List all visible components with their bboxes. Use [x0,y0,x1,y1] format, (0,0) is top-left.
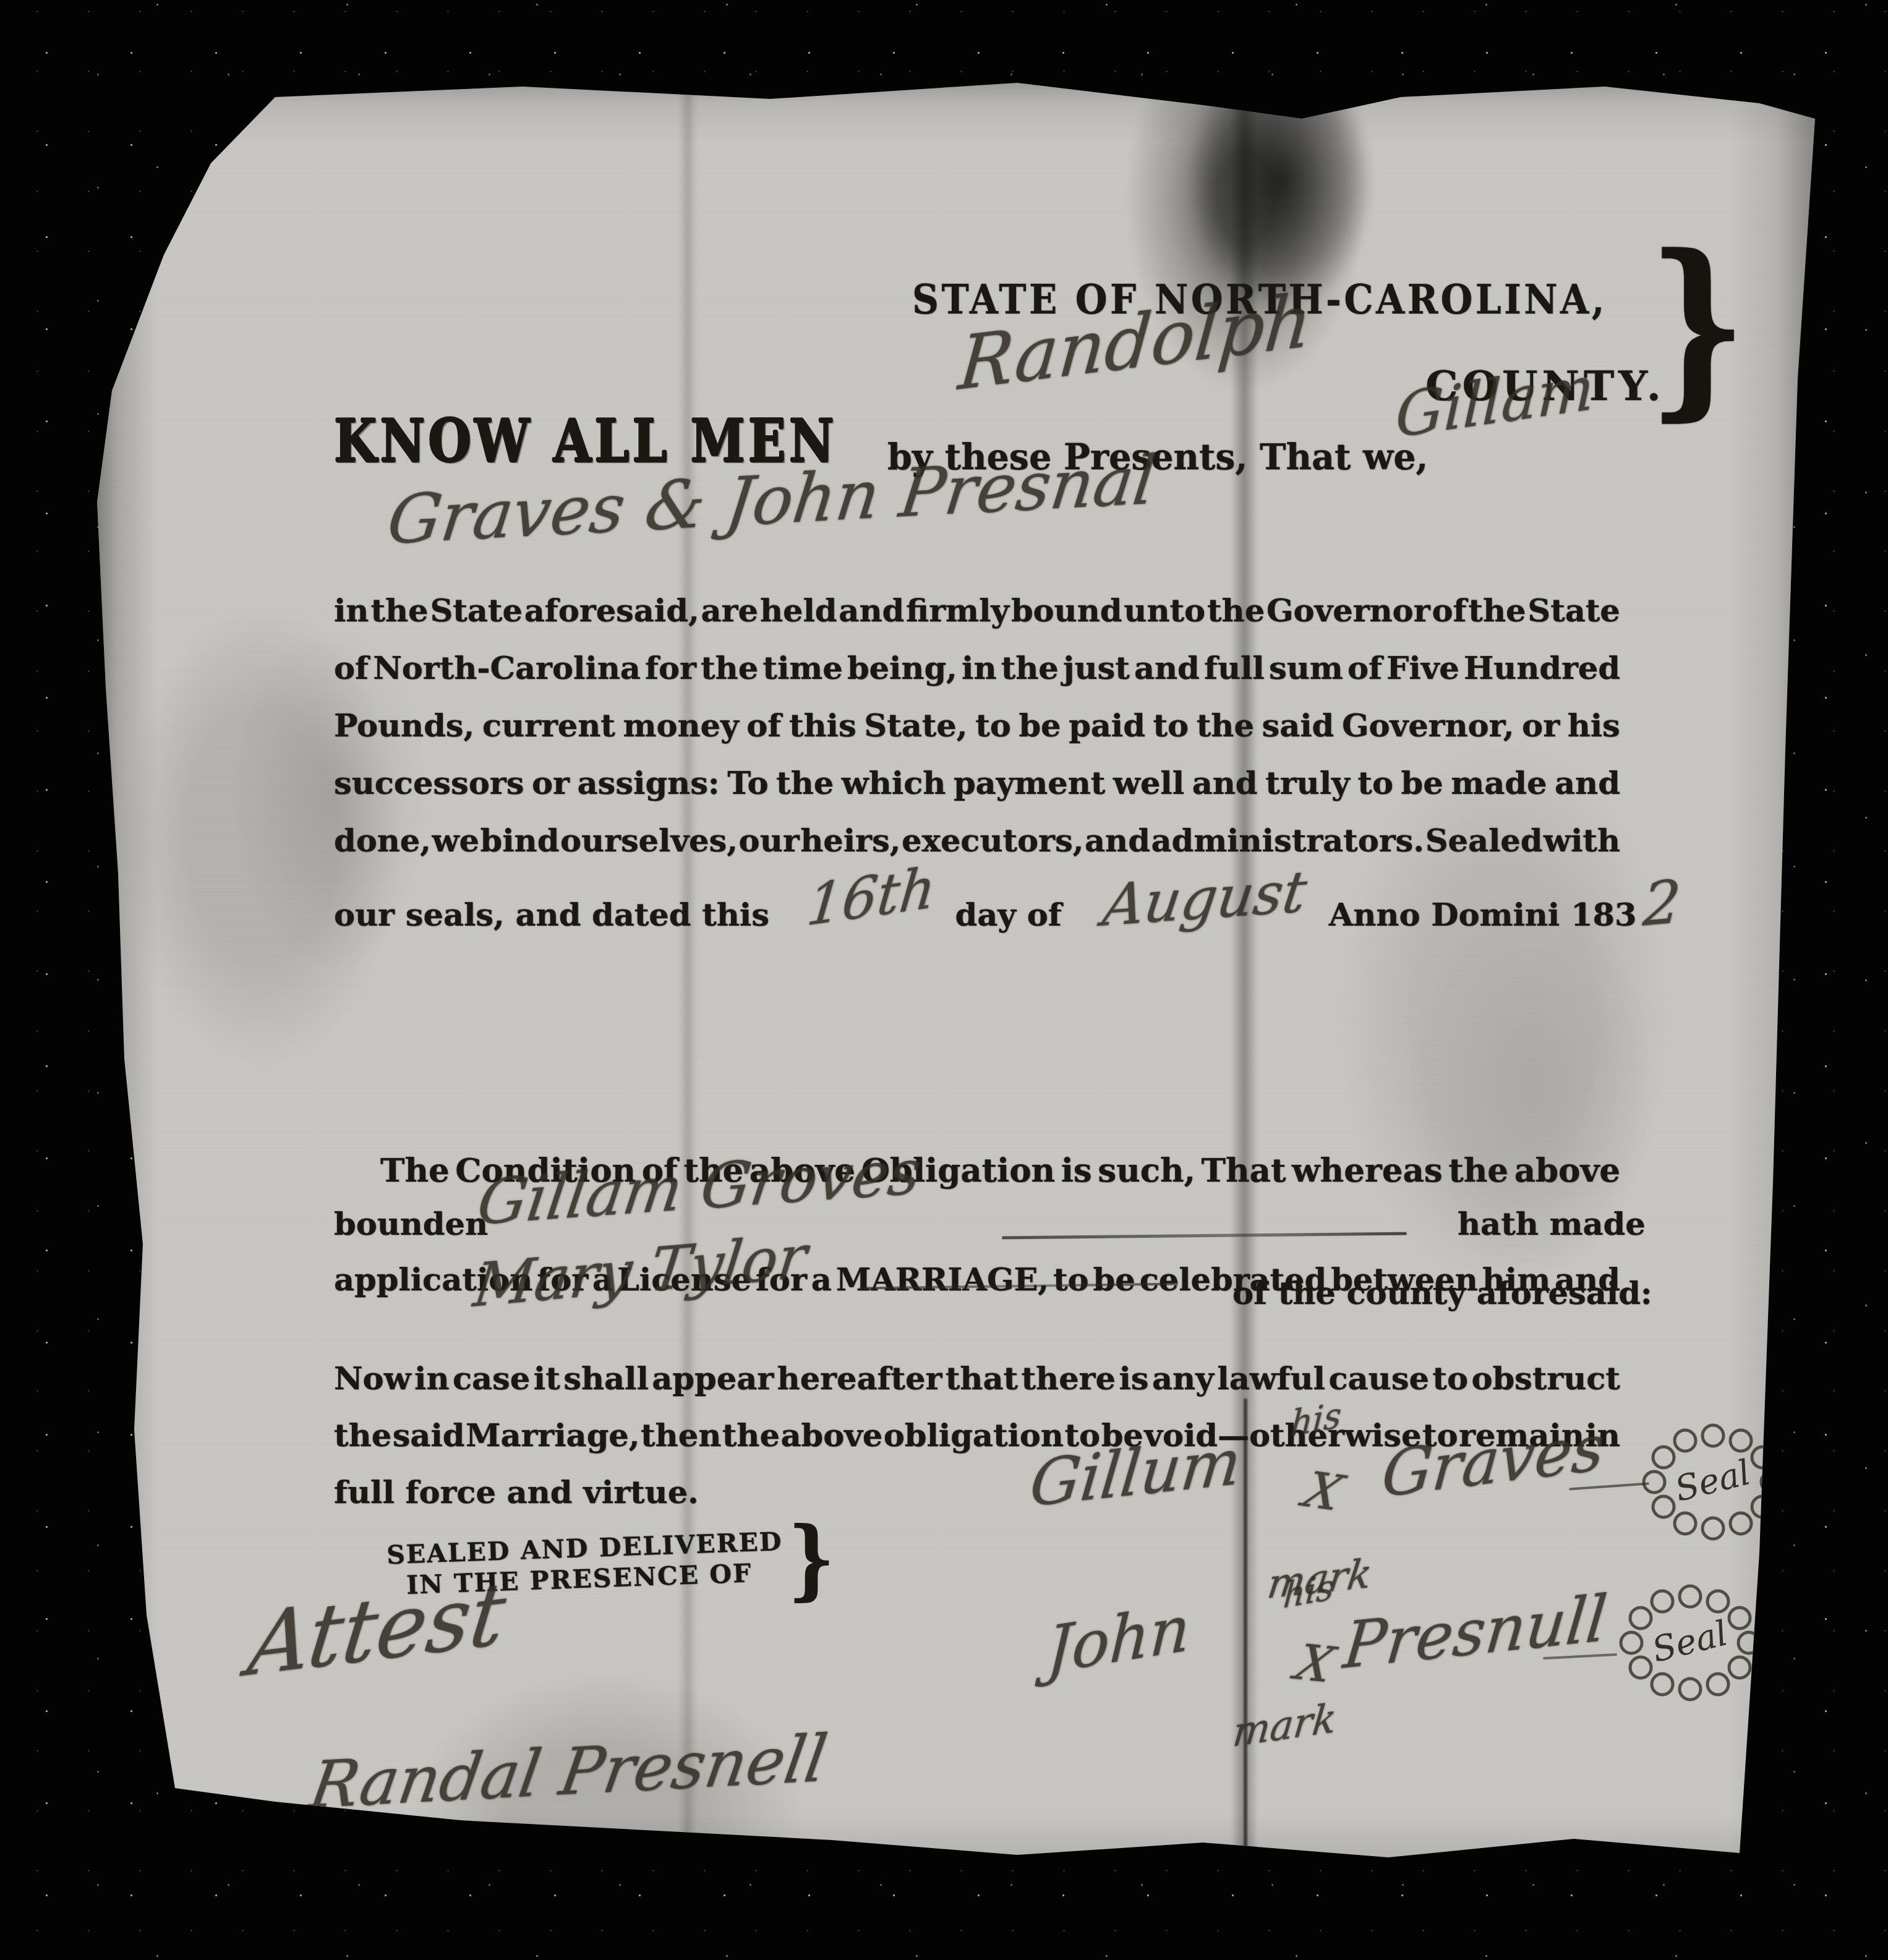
signature-2-surname: Presnull [1340,1581,1610,1684]
day-of-label: day of [955,897,1062,934]
fold-crease [678,69,697,1893]
obligation-line: done,webindourselves,ourheirs,executors,… [334,822,1620,859]
year-digit-handwritten: 2 [1641,867,1683,940]
blank-fill-dash [1002,1232,1407,1240]
attest-handwritten: Attest [243,1563,511,1696]
obligation-line: ofNorth-Carolinaforthetimebeing,inthejus… [334,650,1620,687]
anno-domini-label: Anno Domini 183 [1329,897,1637,934]
bride-name-handwritten: Mary Tylor [470,1221,811,1321]
signature-2-x-mark: X [1289,1634,1341,1694]
obligation-line: successorsorassigns:Tothewhichpaymentwel… [334,765,1620,802]
date-prefix: our seals, and dated this [334,897,769,934]
obligation-line: intheStateaforesaid,areheldandfirmlyboun… [334,592,1620,629]
condition-line: full force and virtue. [334,1474,699,1511]
signature-2-mark-label: mark [1231,1695,1339,1757]
bounden-label: bounden [334,1206,488,1243]
attestation-brace: } [788,1516,835,1603]
header-brace: } [1648,235,1746,417]
day-handwritten: 16th [804,854,939,939]
seal-scribble: Seal [1639,1423,1787,1541]
hath-made-label: hath made [1458,1206,1646,1243]
condition-line: Nowincaseitshallappearhereafterthatthere… [334,1360,1620,1397]
document-paper: STATE OF NORTH-CAROLINA, Randolph COUNTY… [90,69,1815,1893]
groom-name-handwritten: Gillam Groves [473,1135,926,1239]
month-handwritten: August [1099,858,1310,939]
date-line: our seals, and dated this 16th day of Au… [334,871,1680,940]
obligor-name-handwritten: Gillam [1395,352,1595,452]
obligation-line: Pounds,currentmoneyofthisState,tobepaidt… [334,707,1620,744]
seal-word: Seal [1671,1452,1754,1510]
witness-signature: Randal Presnell [305,1720,832,1823]
of-county-label: of the county aforesaid: [1232,1275,1652,1312]
scan-background: STATE OF NORTH-CAROLINA, Randolph COUNTY… [0,0,1888,1960]
fold-crease-line [1244,1399,1247,1856]
signature-1-x-mark: X [1297,1461,1350,1522]
signature-2-his-label: his [1282,1567,1335,1617]
ink-smudge [1135,69,1401,465]
seal-scribble: Seal [1616,1584,1764,1702]
seal-word: Seal [1648,1613,1732,1671]
signature-2-given-name: John [1045,1591,1192,1689]
